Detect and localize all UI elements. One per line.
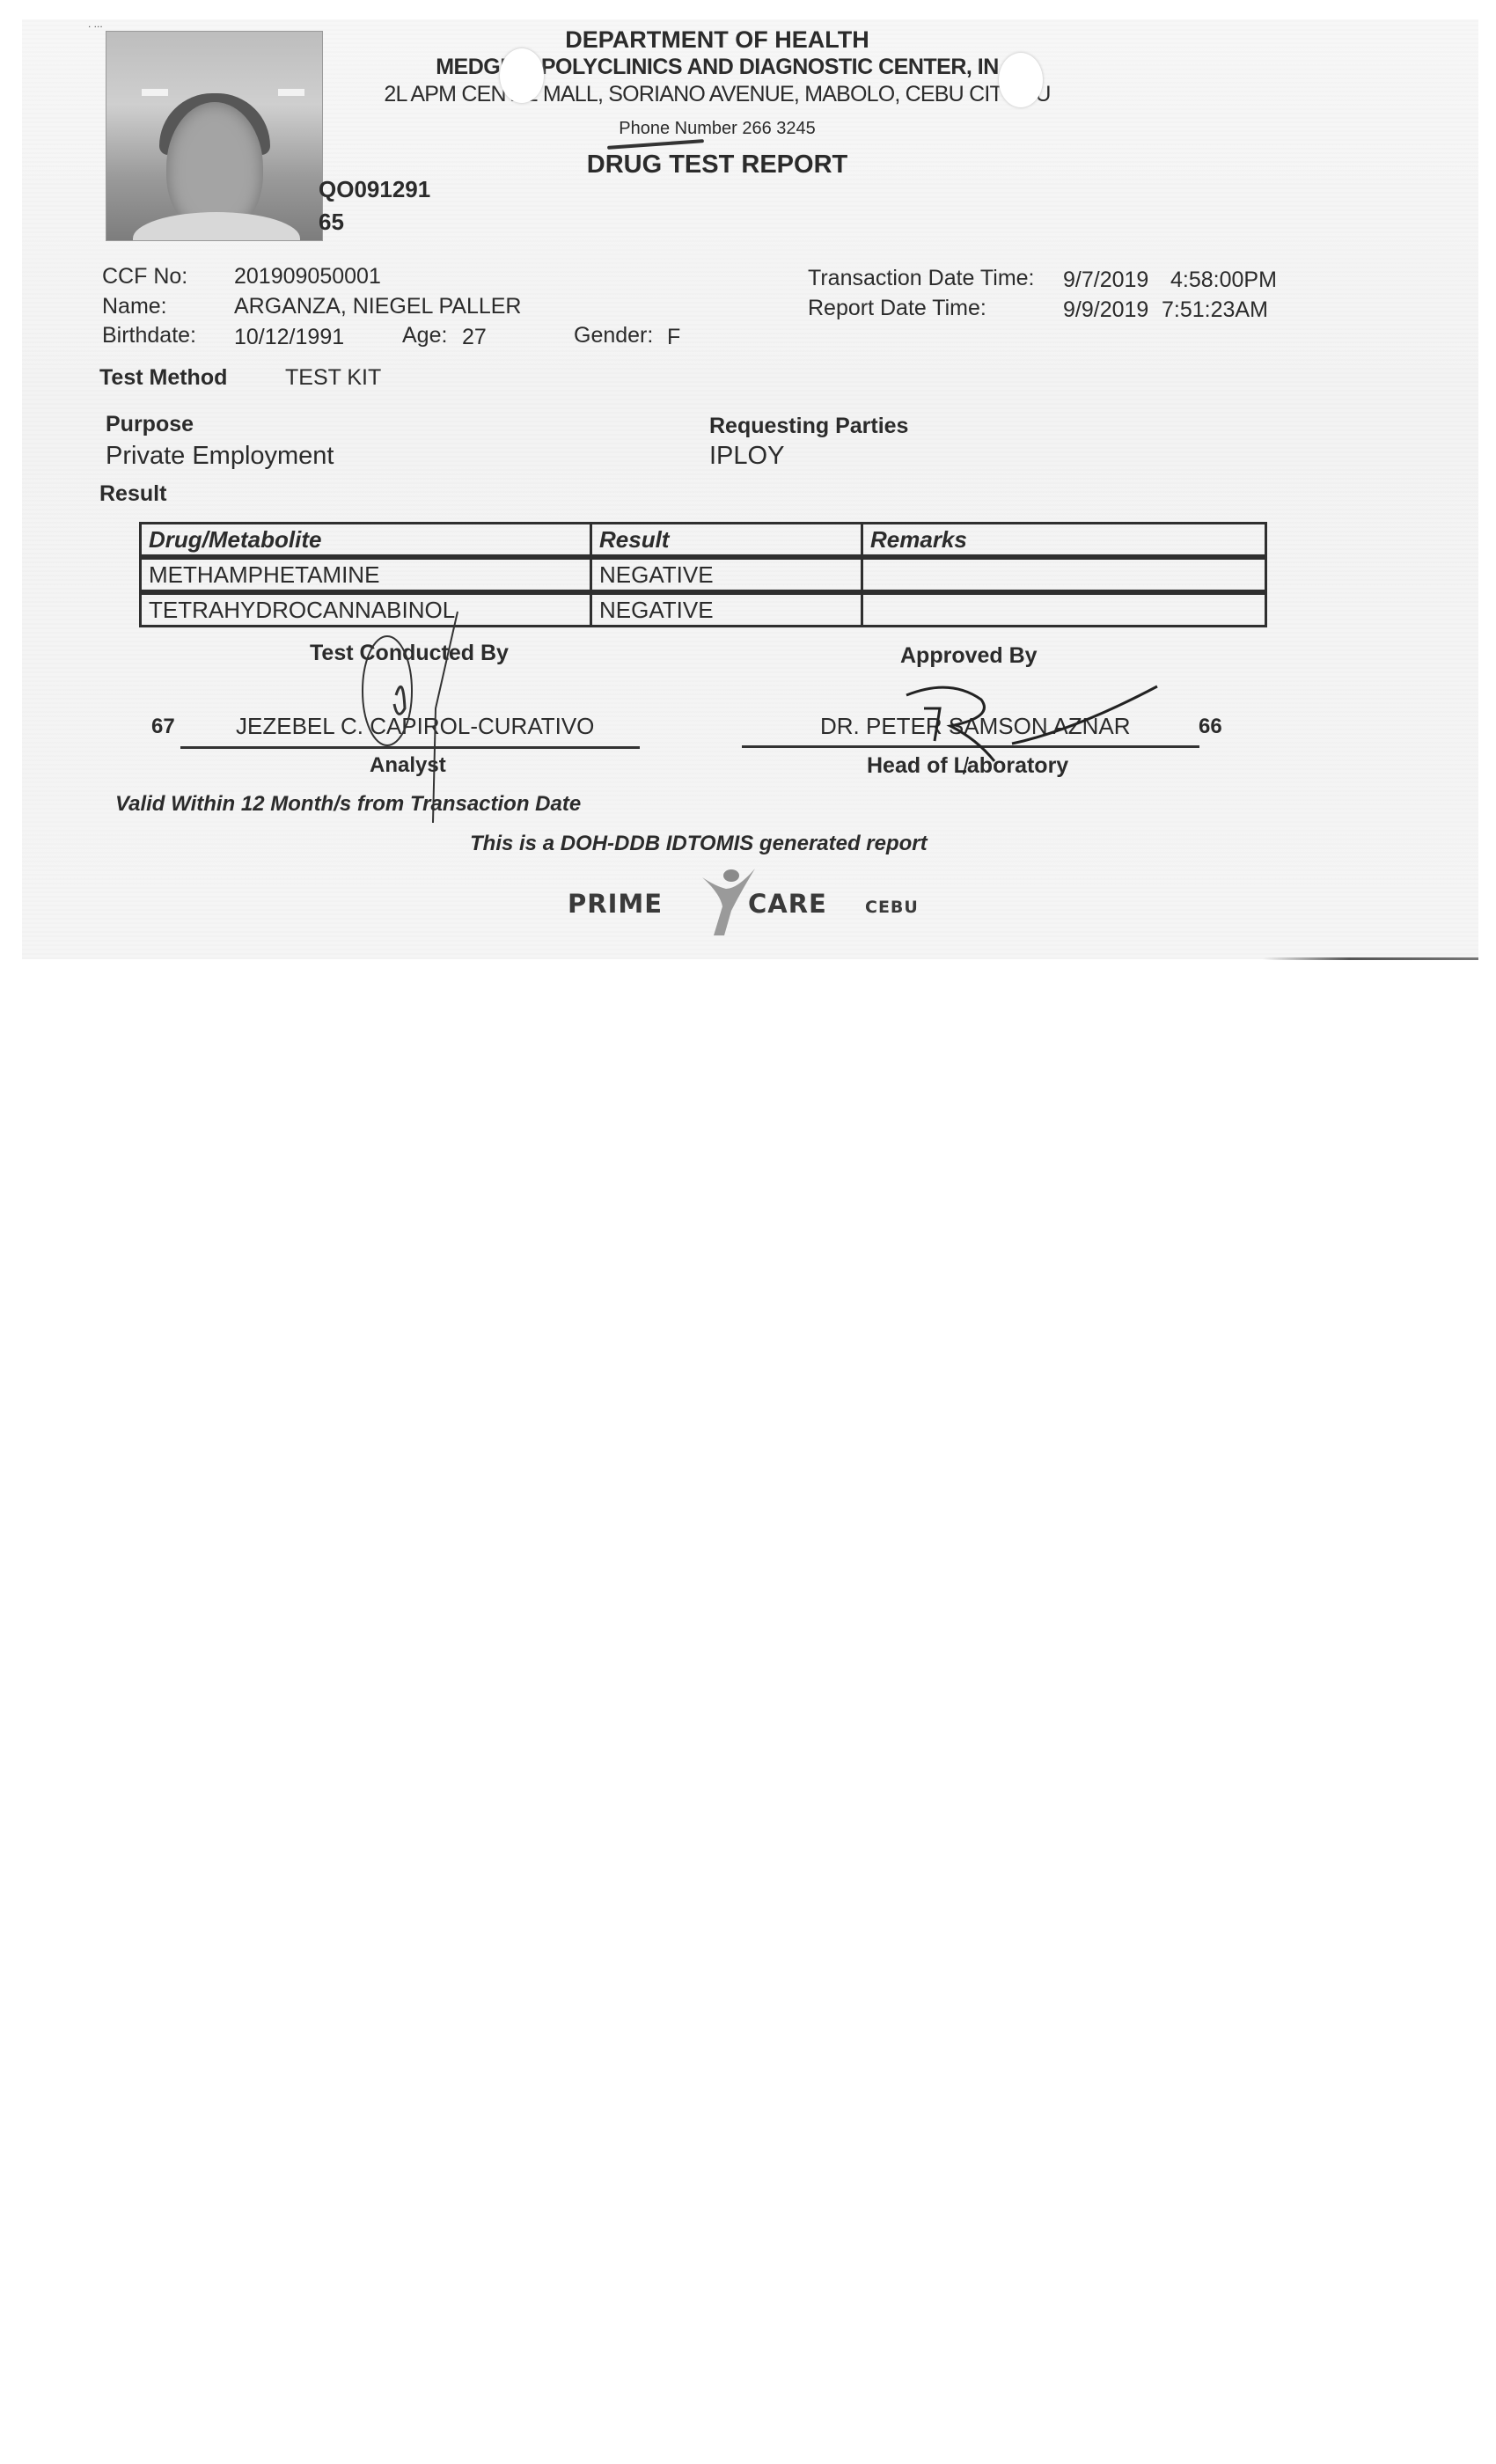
transaction-time: 4:58:00PM <box>1170 268 1277 293</box>
department-title: DEPARTMENT OF HEALTH <box>0 26 1434 54</box>
photo-id-code: QO091291 <box>319 176 430 203</box>
photo-id-number: 65 <box>319 209 344 236</box>
transaction-date: 9/7/2019 <box>1063 268 1148 293</box>
approved-by-label: Approved By <box>900 643 1038 669</box>
logo-care: CARE <box>748 889 827 919</box>
result-cell: NEGATIVE <box>591 557 862 592</box>
drug-cell: METHAMPHETAMINE <box>141 557 591 592</box>
age-value: 27 <box>462 325 487 350</box>
test-method-value: TEST KIT <box>285 365 381 391</box>
table-row: TETRAHYDROCANNABINOL NEGATIVE <box>141 592 1266 627</box>
header-result: Result <box>591 524 862 558</box>
head-signature <box>898 678 1179 774</box>
table-row: METHAMPHETAMINE NEGATIVE <box>141 557 1266 592</box>
results-table: Drug/Metabolite Result Remarks METHAMPHE… <box>139 522 1267 627</box>
age-label: Age: <box>402 323 447 348</box>
clinic-phone: Phone Number 266 3245 <box>0 119 1434 139</box>
birthdate-label: Birthdate: <box>102 323 196 348</box>
transaction-datetime-label: Transaction Date Time: <box>808 266 1035 291</box>
remarks-cell <box>862 557 1266 592</box>
gender-label: Gender: <box>574 323 653 348</box>
name-label: Name: <box>102 294 167 319</box>
analyst-number: 67 <box>151 715 175 739</box>
ccf-value: 201909050001 <box>234 264 381 290</box>
head-number: 66 <box>1199 715 1222 739</box>
report-datetime-label: Report Date Time: <box>808 296 986 321</box>
photo-shoulders <box>133 212 300 241</box>
header-drug: Drug/Metabolite <box>141 524 591 558</box>
test-method-label: Test Method <box>99 365 227 391</box>
clinic-name: MEDGR E POLYCLINICS AND DIAGNOSTIC CENTE… <box>0 55 1434 80</box>
punch-hole <box>500 48 544 103</box>
birthdate-value: 10/12/1991 <box>234 325 344 350</box>
logo-cebu: CEBU <box>865 898 919 917</box>
purpose-label: Purpose <box>106 412 194 437</box>
name-value: ARGANZA, NIEGEL PALLER <box>234 294 522 319</box>
requesting-parties-label: Requesting Parties <box>709 414 908 439</box>
report-date: 9/9/2019 <box>1063 297 1148 323</box>
remarks-cell <box>862 592 1266 627</box>
gender-value: F <box>667 325 680 350</box>
header-remarks: Remarks <box>862 524 1266 558</box>
logo-prime: PRIME <box>568 889 663 919</box>
purpose-value: Private Employment <box>106 442 334 471</box>
ccf-label: CCF No: <box>102 264 187 290</box>
report-time: 7:51:23AM <box>1162 297 1268 323</box>
punch-hole <box>999 53 1043 107</box>
scan-edge-line <box>1263 957 1478 960</box>
validity-note: Valid Within 12 Month/s from Transaction… <box>115 792 581 817</box>
generated-note: This is a DOH-DDB IDTOMIS generated repo… <box>470 832 928 856</box>
clinic-address: 2L APM CENT E MALL, SORIANO AVENUE, MABO… <box>0 82 1434 107</box>
result-cell: NEGATIVE <box>591 592 862 627</box>
results-header-row: Drug/Metabolite Result Remarks <box>141 524 1266 558</box>
report-title: DRUG TEST REPORT <box>0 150 1434 180</box>
result-label: Result <box>99 481 166 507</box>
requesting-parties-value: IPLOY <box>709 442 784 471</box>
